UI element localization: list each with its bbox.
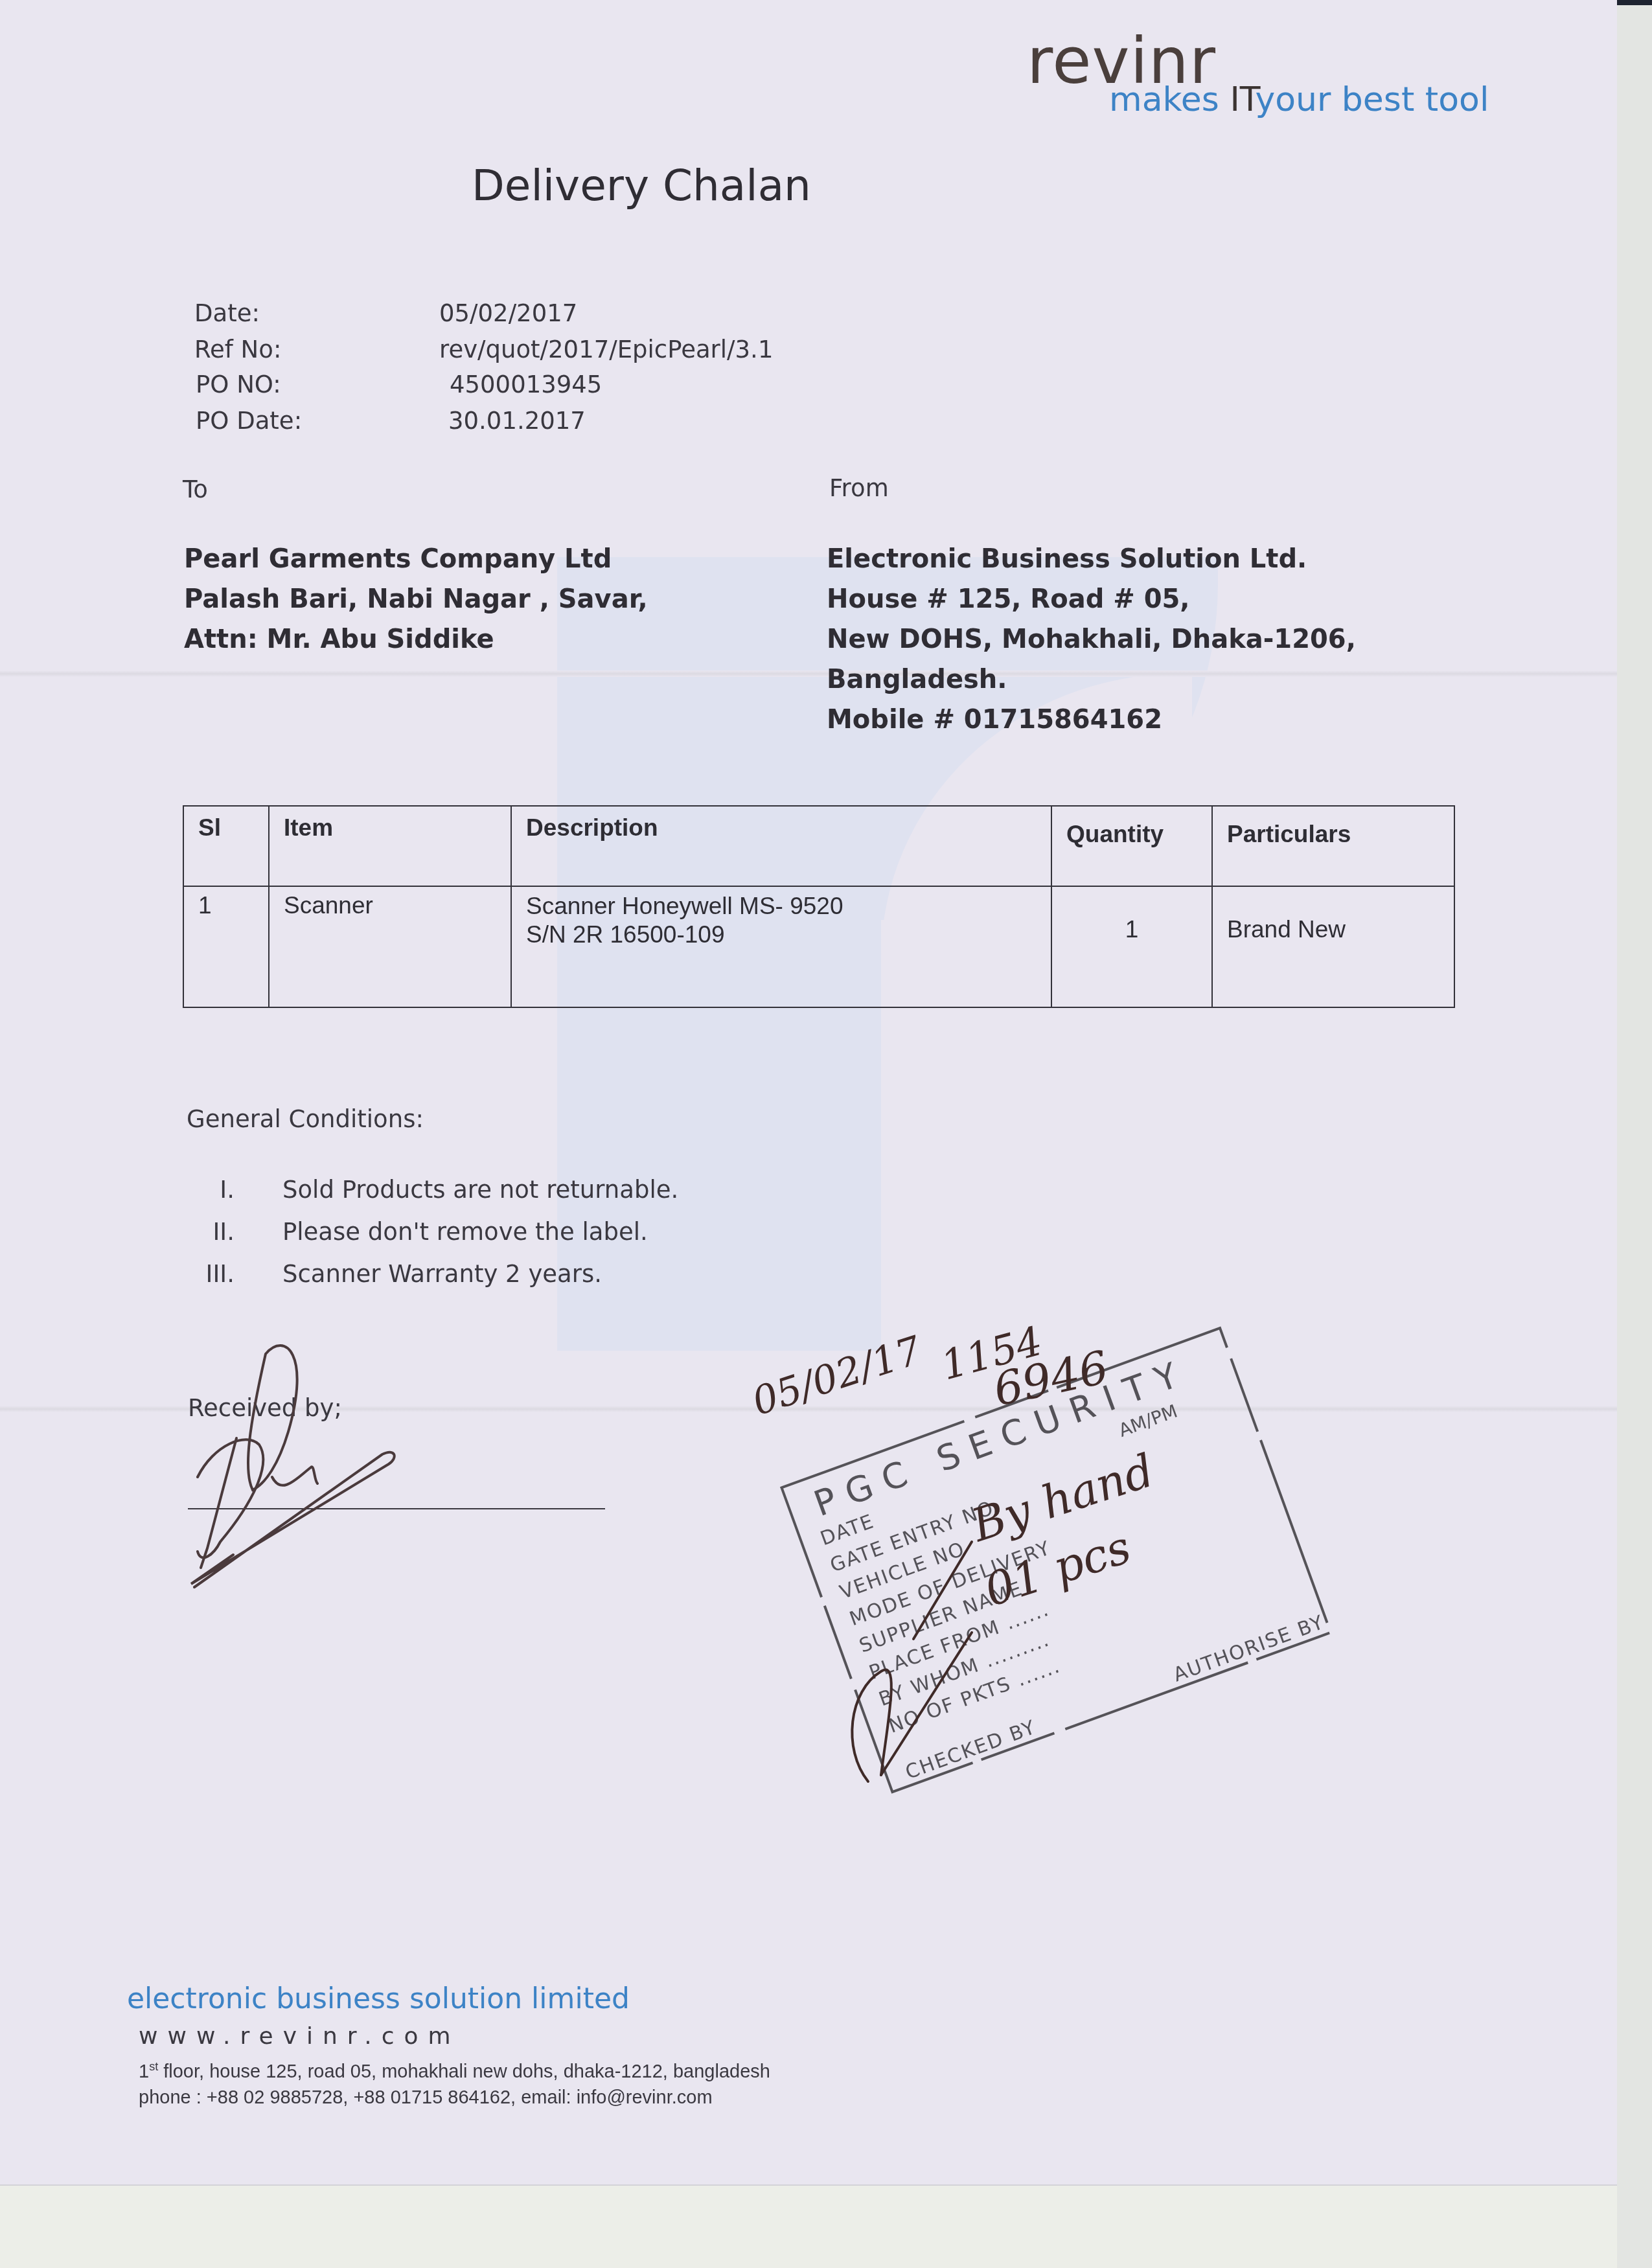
address-floor-suffix: st	[149, 2060, 158, 2073]
description-model: Scanner Honeywell MS- 9520	[526, 892, 1051, 921]
sender-country: Bangladesh.	[827, 659, 1356, 700]
date-value: 05/02/2017	[439, 299, 577, 327]
table-row: 1 Scanner Scanner Honeywell MS- 9520 S/N…	[183, 886, 1454, 1007]
condition-number: III.	[183, 1260, 235, 1288]
condition-text: Please don't remove the label.	[282, 1218, 648, 1246]
footer-company: electronic business solution limited	[127, 1982, 630, 2015]
scanner-margin	[1617, 0, 1652, 2268]
header-description: Description	[511, 806, 1051, 886]
po-no-value: 4500013945	[450, 371, 602, 398]
recipient-attn: Attn: Mr. Abu Siddike	[184, 619, 648, 659]
header-item: Item	[269, 806, 511, 886]
signature-icon	[175, 1334, 408, 1594]
cell-item: Scanner	[269, 886, 511, 1007]
ref-no-value: rev/quot/2017/EpicPearl/3.1	[439, 336, 773, 363]
sender-address: Electronic Business Solution Ltd. House …	[827, 539, 1356, 740]
cell-description: Scanner Honeywell MS- 9520 S/N 2R 16500-…	[511, 886, 1051, 1007]
svg-text:AUTHORISE BY: AUTHORISE BY	[1170, 1611, 1327, 1687]
cell-particulars: Brand New	[1212, 886, 1454, 1007]
scanner-edge	[1617, 0, 1652, 5]
to-label: To	[183, 475, 208, 503]
tagline-pre: makes	[1109, 80, 1230, 119]
condition-number: II.	[183, 1218, 235, 1246]
cell-quantity: 1	[1051, 886, 1212, 1007]
address-rest: floor, house 125, road 05, mohakhali new…	[158, 2061, 770, 2082]
date-label: Date:	[194, 299, 260, 327]
po-date-value: 30.01.2017	[448, 407, 586, 435]
header-quantity: Quantity	[1051, 806, 1212, 886]
po-no-label: PO NO:	[196, 371, 281, 398]
header-sl: Sl	[183, 806, 269, 886]
paper-fold	[0, 670, 1617, 677]
recipient-location: Palash Bari, Nabi Nagar , Savar,	[184, 579, 648, 619]
po-date-label: PO Date:	[196, 407, 302, 435]
document-title: Delivery Chalan	[472, 161, 811, 211]
items-table: Sl Item Description Quantity Particulars…	[183, 805, 1455, 1008]
cell-sl: 1	[183, 886, 269, 1007]
sender-company: Electronic Business Solution Ltd.	[827, 539, 1356, 579]
sender-mobile: Mobile # 01715864162	[827, 700, 1356, 740]
table-header-row: Sl Item Description Quantity Particulars	[183, 806, 1454, 886]
condition-text: Sold Products are not returnable.	[282, 1176, 678, 1204]
ref-no-label: Ref No:	[194, 336, 281, 363]
sender-area: New DOHS, Mohakhali, Dhaka-1206,	[827, 619, 1356, 659]
tagline-post: your best tool	[1255, 80, 1489, 119]
tagline-it: IT	[1230, 80, 1255, 119]
sender-street: House # 125, Road # 05,	[827, 579, 1356, 619]
security-stamp: PGC SECURITY DATE GATE ENTRY NO VEHICLE …	[732, 1270, 1367, 1814]
description-serial: S/N 2R 16500-109	[526, 921, 1051, 949]
condition-number: I.	[183, 1176, 235, 1204]
recipient-company: Pearl Garments Company Ltd	[184, 539, 648, 579]
recipient-address: Pearl Garments Company Ltd Palash Bari, …	[184, 539, 648, 659]
brand-tagline: makes ITyour best tool	[1109, 80, 1489, 119]
footer-contact: phone : +88 02 9885728, +88 01715 864162…	[139, 2087, 713, 2109]
from-label: From	[829, 474, 889, 502]
footer-address: 1st floor, house 125, road 05, mohakhali…	[139, 2060, 770, 2083]
header-particulars: Particulars	[1212, 806, 1454, 886]
svg-text:05/02/17: 05/02/17	[747, 1327, 928, 1425]
condition-text: Scanner Warranty 2 years.	[282, 1260, 602, 1288]
conditions-title: General Conditions:	[187, 1105, 424, 1133]
footer-website[interactable]: www.revinr.com	[139, 2023, 461, 2050]
address-floor-number: 1	[139, 2061, 149, 2082]
